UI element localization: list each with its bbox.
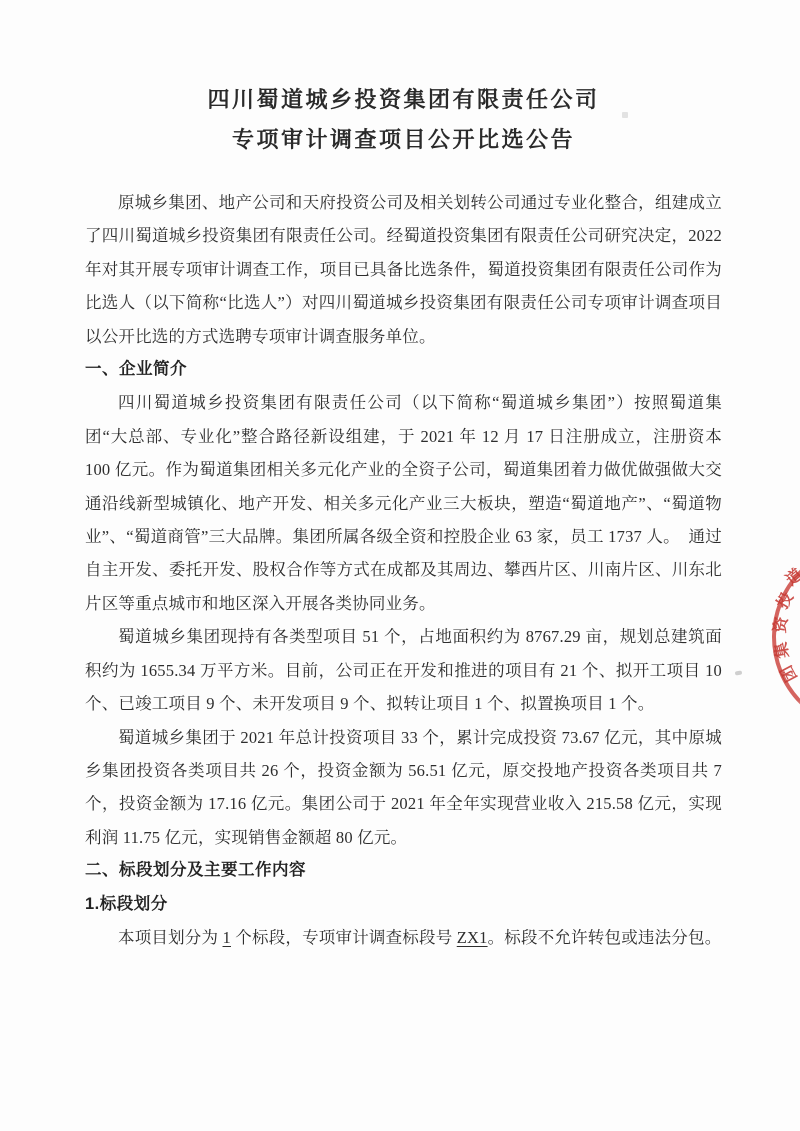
document-body: 原城乡集团、地产公司和天府投资公司及相关划转公司通过专业化整合，组建成立了四川蜀… [85,186,722,954]
seal-fade [780,700,800,735]
scan-artifact [622,112,628,118]
paragraph-intro: 原城乡集团、地产公司和天府投资公司及相关划转公司通过专业化整合，组建成立了四川蜀… [85,186,722,353]
lot-code-underlined: ZX1 [457,928,488,947]
title-line-2: 专项审计调查项目公开比选公告 [85,120,722,160]
seal-character: 资 [772,615,793,636]
section-heading-1: 一、企业简介 [85,353,722,386]
seal-character: 投 [774,589,799,614]
lot-text-post: 。标段不允许转包或违法分包。 [488,928,722,947]
seal-ring-icon [772,542,800,732]
paragraph-company-profile-2: 蜀道城乡集团现持有各类型项目 51 个，占地面积约为 8767.29 亩，规划总… [85,620,722,720]
lot-count-underlined: 1 [223,928,231,947]
paragraph-company-profile-3: 蜀道城乡集团于 2021 年总计投资项目 33 个，累计完成投资 73.67 亿… [85,721,722,855]
seal-character: 道 [782,565,800,590]
sub-heading-lot-division: 1.标段划分 [85,888,722,921]
paragraph-lot-division: 本项目划分为 1 个标段，专项审计调查标段号 ZX1。标段不允许转包或违法分包。 [85,921,722,954]
seal-fade [780,540,800,570]
section-heading-2: 二、标段划分及主要工作内容 [85,854,722,887]
lot-text-mid: 个标段，专项审计调查标段号 [231,928,457,947]
paragraph-company-profile-1: 四川蜀道城乡投资集团有限责任公司（以下简称“蜀道城乡集团”）按照蜀道集团“大总部… [85,386,722,620]
scanned-document-page: 四川蜀道城乡投资集团有限责任公司 专项审计调查项目公开比选公告 原城乡集团、地产… [0,0,800,1131]
lot-text-pre: 本项目划分为 [118,928,223,947]
seal-character: 团 [778,661,800,685]
scan-artifact [735,671,742,676]
seal-character: 集 [773,640,794,661]
document-title: 四川蜀道城乡投资集团有限责任公司 专项审计调查项目公开比选公告 [85,0,722,160]
document-content: 四川蜀道城乡投资集团有限责任公司 专项审计调查项目公开比选公告 原城乡集团、地产… [85,0,722,954]
